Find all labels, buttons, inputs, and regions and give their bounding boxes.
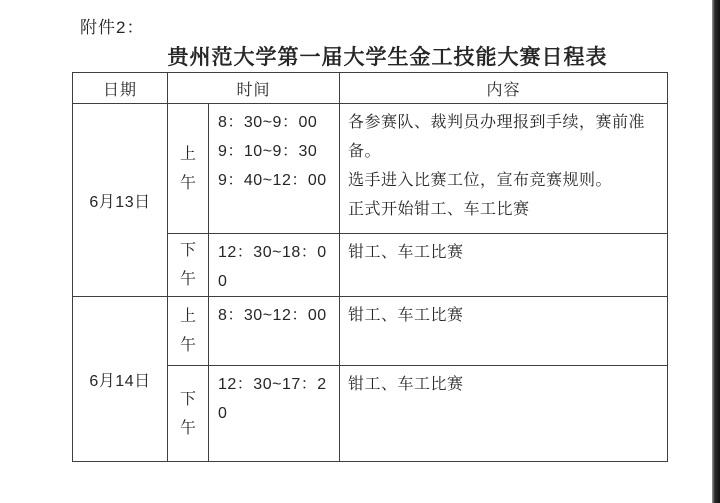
time-cell: 8：30~9：009：10~9：309：40~12：00: [209, 104, 340, 234]
attachment-label: 附件2：: [80, 13, 144, 38]
content-cell: 钳工、车工比赛: [340, 366, 668, 462]
content-cell: 钳工、车工比赛: [340, 297, 668, 366]
table-row: 6月14日 上午 8：30~12：00 钳工、车工比赛: [73, 297, 668, 366]
header-time: 时间: [168, 73, 340, 104]
table-row: 6月13日 上午 8：30~9：009：10~9：309：40~12：00 各参…: [73, 104, 668, 234]
period-cell-morning: 上午: [168, 104, 209, 234]
period-cell-morning: 上午: [168, 297, 209, 366]
content-cell: 各参赛队、裁判员办理报到手续，赛前准备。选手进入比赛工位，宣布竞赛规则。正式开始…: [340, 104, 668, 234]
document-page: 附件2： 贵州范大学第一届大学生金工技能大赛日程表 日期 时间 内容 6月13日…: [0, 0, 720, 503]
period-cell-afternoon: 下午: [168, 234, 209, 297]
period-cell-afternoon: 下午: [168, 366, 209, 462]
time-cell: 12：30~17：20: [209, 366, 340, 462]
scan-edge-artifact: [712, 0, 720, 503]
time-cell: 8：30~12：00: [209, 297, 340, 366]
document-title: 贵州范大学第一届大学生金工技能大赛日程表: [90, 41, 685, 71]
header-date: 日期: [73, 73, 168, 104]
header-content: 内容: [340, 73, 668, 104]
content-cell: 钳工、车工比赛: [340, 234, 668, 297]
schedule-table: 日期 时间 内容 6月13日 上午 8：30~9：009：10~9：309：40…: [72, 72, 668, 462]
header-row: 日期 时间 内容: [73, 73, 668, 104]
time-cell: 12：30~18：00: [209, 234, 340, 297]
date-cell-june14: 6月14日: [73, 297, 168, 462]
date-cell-june13: 6月13日: [73, 104, 168, 297]
